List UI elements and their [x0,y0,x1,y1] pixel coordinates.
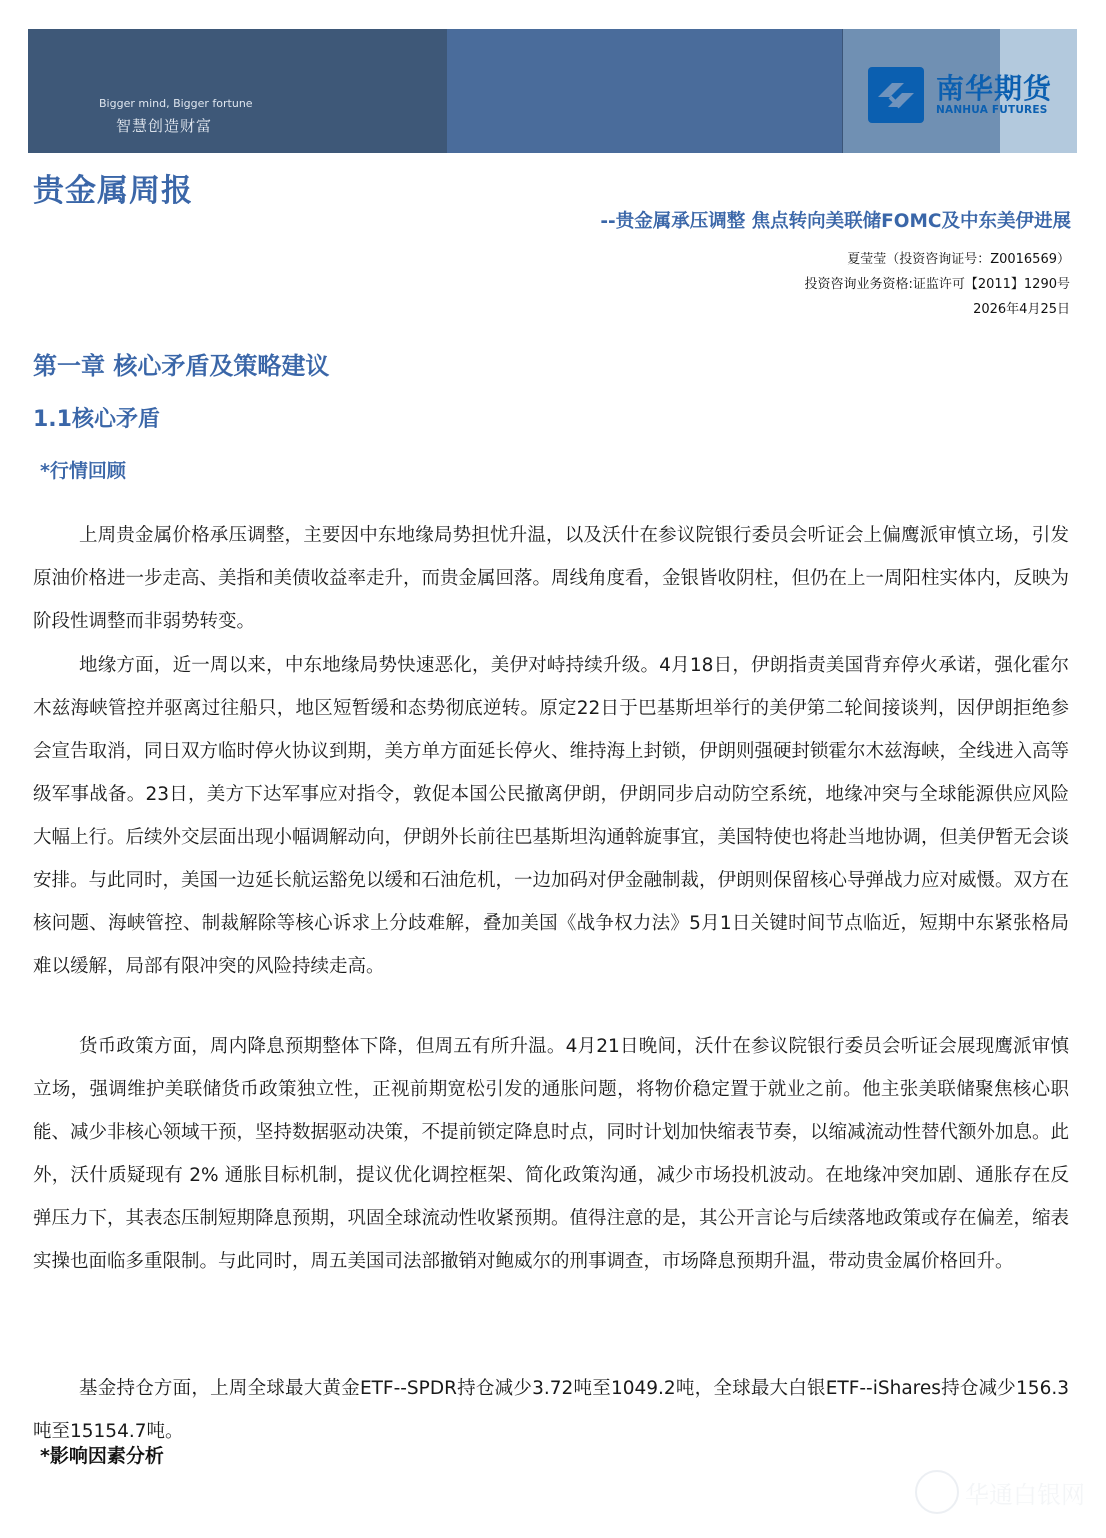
subheading-factor-analysis: *影响因素分析 [40,1441,164,1468]
report-date: 2026年4月25日 [973,298,1070,317]
nanhua-logo-icon [868,67,924,123]
nanhua-logo: 南华期货 NANHUA FUTURES [868,67,1052,123]
logo-english-name: NANHUA FUTURES [936,104,1052,116]
subheading-market-review: *行情回顾 [40,456,126,483]
author-info: 夏莹莹（投资咨询证号：Z0016569） [847,248,1070,267]
qualification-info: 投资咨询业务资格:证监许可【2011】1290号 [804,273,1070,292]
slogan-chinese: 智慧创造财富 [116,115,212,136]
paragraph-monetary-policy: 货币政策方面，周内降息预期整体下降，但周五有所升温。4月21日晚间，沃什在参议院… [33,1025,1069,1283]
logo-chinese-name: 南华期货 [936,74,1052,104]
report-subtitle: --贵金属承压调整 焦点转向美联储FOMC及中东美伊进展 [600,207,1071,233]
watermark-text: 华通白银网 [965,1475,1085,1510]
banner-mid-segment [447,29,844,153]
slogan-english: Bigger mind, Bigger fortune [99,97,253,110]
paragraph-market-review: 上周贵金属价格承压调整，主要因中东地缘局势担忧升温，以及沃什在参议院银行委员会听… [33,514,1069,643]
paragraph-fund-holdings: 基金持仓方面，上周全球最大黄金ETF--SPDR持仓减少3.72吨至1049.2… [33,1367,1069,1453]
banner-dark-segment: Bigger mind, Bigger fortune 智慧创造财富 [28,29,447,153]
watermark: 华通白银网 [915,1470,1085,1514]
chapter-heading: 第一章 核心矛盾及策略建议 [33,346,329,381]
report-title: 贵金属周报 [33,165,193,210]
paragraph-geopolitics: 地缘方面，近一周以来，中东地缘局势快速恶化，美伊对峙持续升级。4月18日，伊朗指… [33,644,1069,988]
watermark-logo-icon [915,1470,959,1514]
section-heading: 1.1核心矛盾 [33,402,160,433]
